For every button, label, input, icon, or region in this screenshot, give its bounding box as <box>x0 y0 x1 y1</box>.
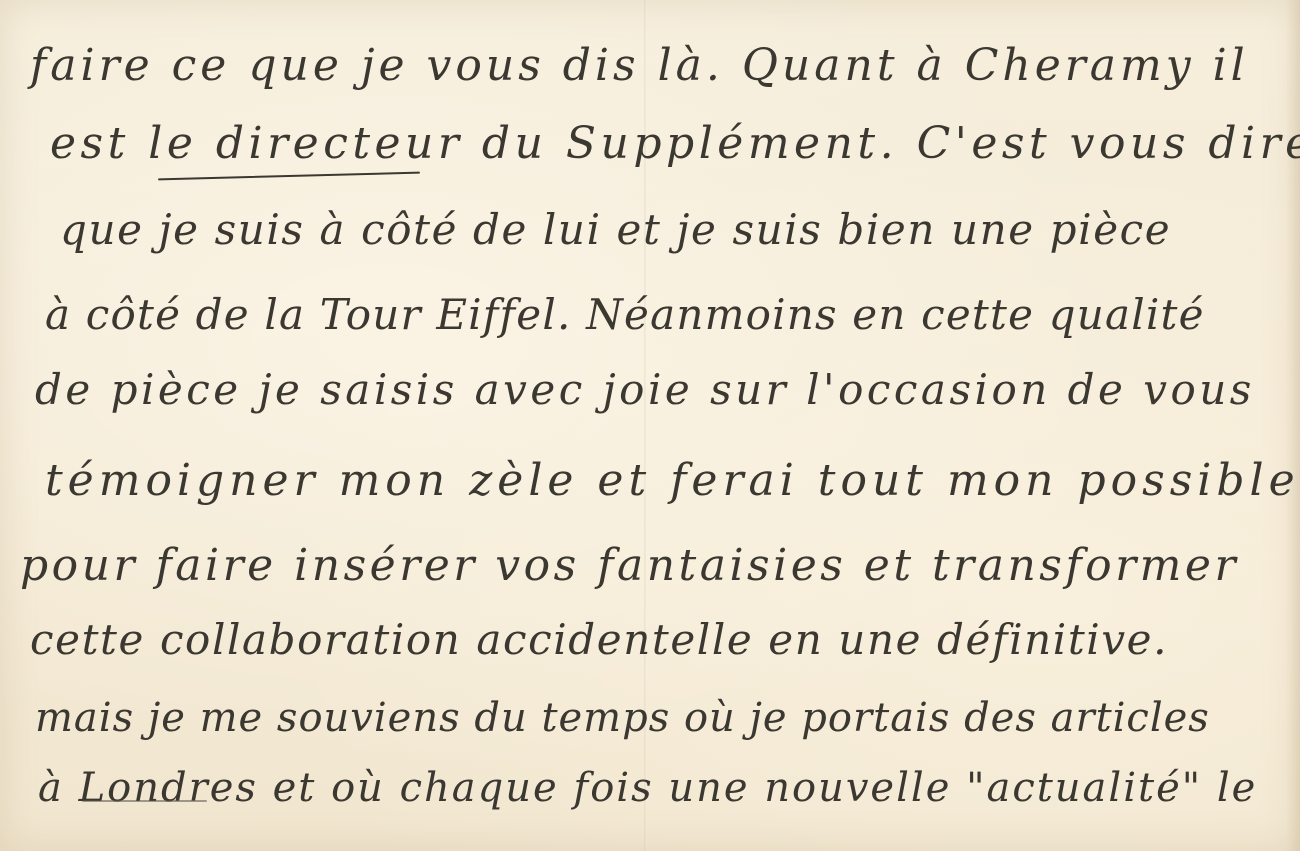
handwritten-line-3: que je suis à côté de lui et je suis bie… <box>60 205 1171 254</box>
handwritten-line-10: à Londres et où chaque fois une nouvelle… <box>38 765 1257 811</box>
handwritten-line-5: de pièce je saisis avec joie sur l'occas… <box>35 365 1255 414</box>
underline-le-directeur <box>158 172 420 181</box>
handwritten-line-7: pour faire insérer vos fantaisies et tra… <box>20 540 1239 591</box>
handwritten-line-2: est le directeur du Supplément. C'est vo… <box>50 118 1300 169</box>
handwritten-line-9: mais je me souviens du temps où je porta… <box>35 695 1210 741</box>
underline-londres <box>82 800 207 802</box>
handwritten-line-6: témoigner mon zèle et ferai tout mon pos… <box>45 455 1300 506</box>
letter-page: faire ce que je vous dis là. Quant à Che… <box>0 0 1300 851</box>
handwritten-line-4: à côté de la Tour Eiffel. Néanmoins en c… <box>45 290 1205 339</box>
handwritten-line-1: faire ce que je vous dis là. Quant à Che… <box>30 40 1249 91</box>
handwritten-line-8: cette collaboration accidentelle en une … <box>30 615 1168 664</box>
